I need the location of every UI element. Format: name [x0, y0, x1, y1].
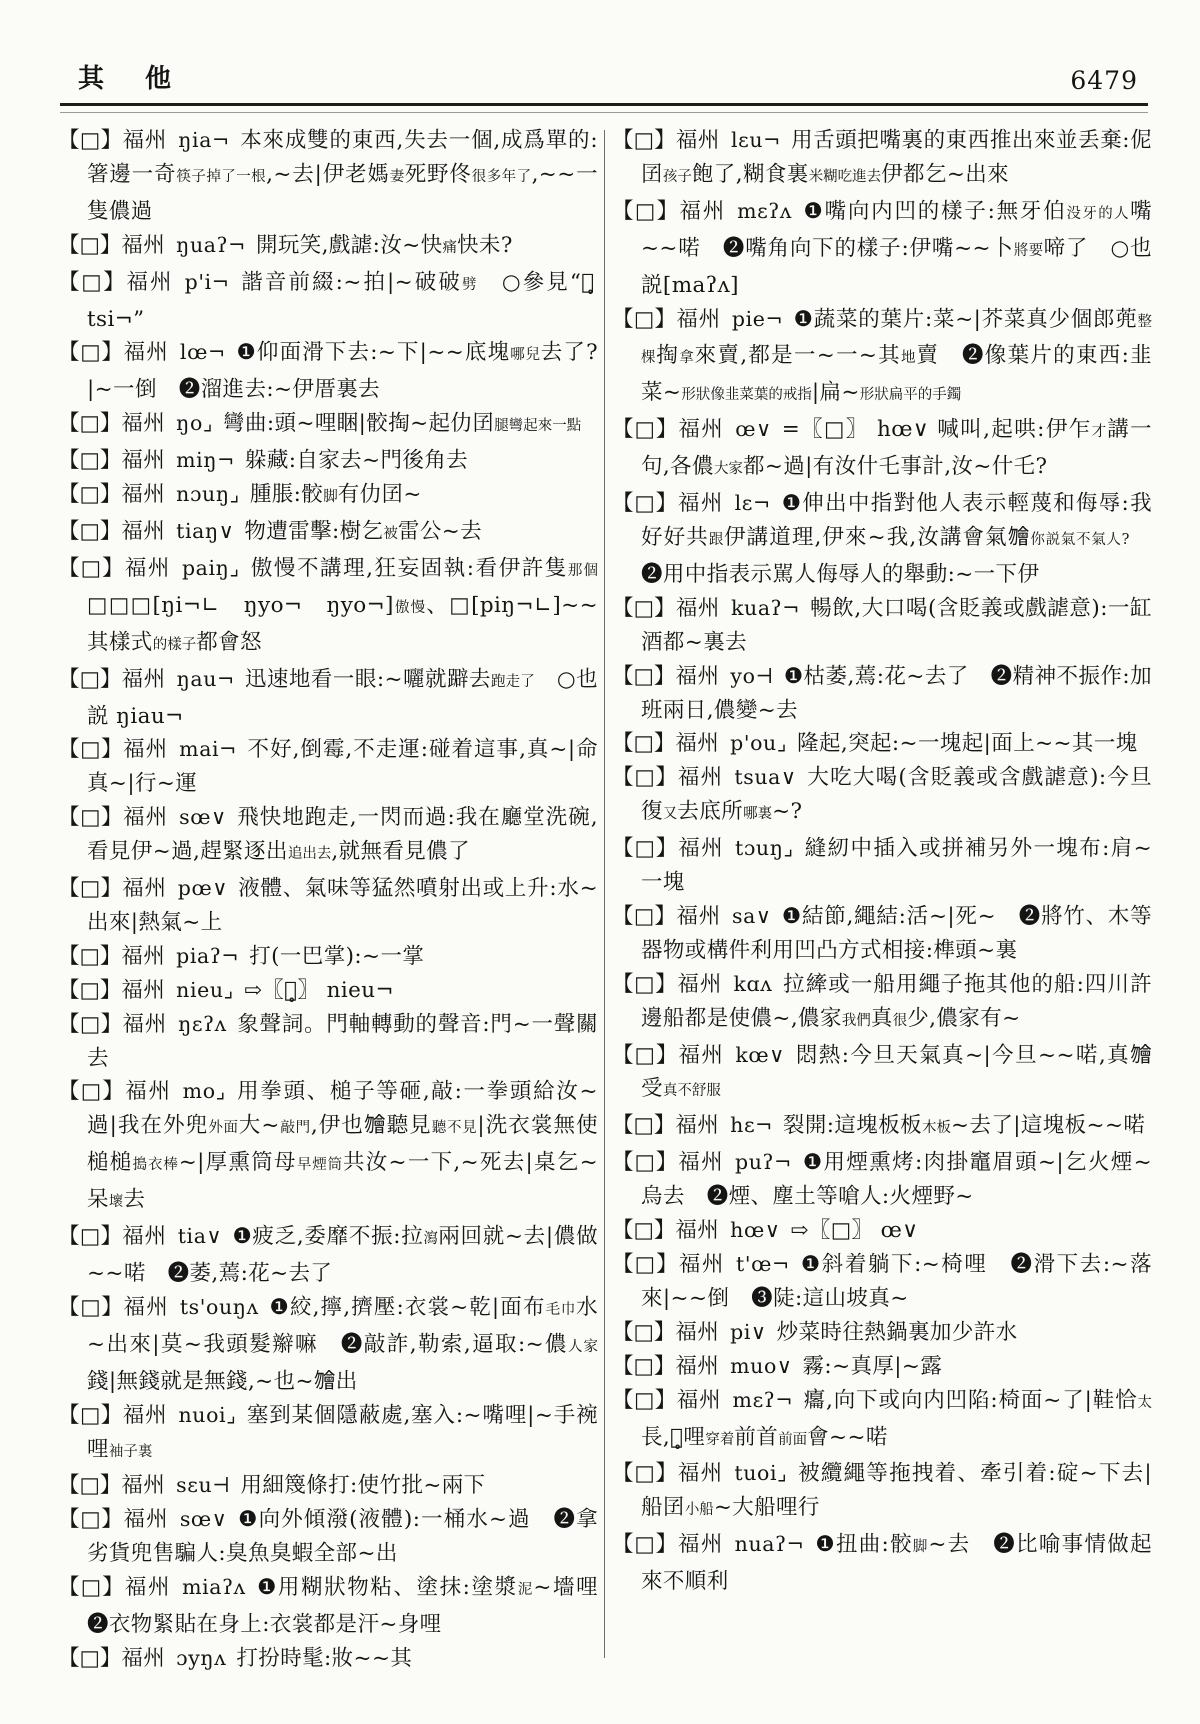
definition-text: □□□[ŋi¬∟ ŋyo¬ ŋyo¬] [87, 593, 394, 618]
definition-text: 腫脹:骹 [250, 482, 323, 507]
small-gloss: 穿着 [705, 1432, 734, 1448]
definition-text: ,伊也𣍐聽見 [311, 1113, 432, 1138]
small-gloss: 瀉 [423, 1231, 438, 1247]
headword-box: 【□】 [58, 233, 121, 258]
dictionary-entry: 【□】福州sœ∨❶向外傾潑(液體):一桶水~過 ❷拿劣貨兜售騙人:臭魚臭蝦全部~… [58, 1503, 598, 1571]
definition-text: ❶蔬菜的葉片:菜~|芥菜真少個郎蔸 [793, 307, 1137, 332]
dictionary-entry: 【□】福州hœ∨⇨〖□〗 œ∨ [612, 1214, 1152, 1248]
dialect-label: 福州 [676, 596, 720, 621]
dictionary-entry: 【□】福州mai¬不好,倒霉,不走運:碰着這事,真~|命真~|行~運 [58, 733, 598, 801]
headword-box: 【□】 [58, 1646, 121, 1671]
dictionary-entry: 【□】福州pie¬❶蔬菜的葉片:菜~|芥菜真少個郎蔸整棵掏拿來賣,都是一~一~其… [612, 303, 1152, 414]
definition-text: 炒菜時往熱鍋裏加少許水 [777, 1320, 1018, 1345]
dialect-label: 福州 [679, 199, 726, 224]
definition-text: 去 [123, 1187, 145, 1212]
definition-text: ,~去|伊老媽 [266, 162, 390, 187]
dictionary-entry: 【□】福州p'i¬諧音前綴:~拍|~破破劈 ○參見“之̥ tsi¬” [58, 266, 598, 337]
pronunciation: kɑʌ [734, 972, 773, 996]
headword-box: 【□】 [612, 1218, 675, 1243]
small-gloss: 跟 [709, 532, 724, 548]
small-gloss: 孩子 [663, 169, 692, 185]
column-left: 【□】福州ŋia¬本來成雙的東西,失去一個,成爲單的:箸邊一奇筷子掉了一根,~去… [58, 124, 598, 1698]
dictionary-entry: 【□】福州mɛʔʌ❶嘴向内凹的樣子:無牙伯没牙的人嘴~~喏 ❷嘴角向下的樣子:伊… [612, 195, 1152, 303]
dialect-label: 福州 [121, 978, 165, 1003]
headword-box: 【□】 [612, 307, 676, 332]
pronunciation: ŋo⌟ [176, 411, 213, 435]
dialect-label: 福州 [122, 1012, 167, 1037]
headword-box: 【□】 [612, 1320, 675, 1345]
pronunciation: tiaŋ∨ [176, 519, 234, 543]
small-gloss: 脚 [323, 489, 338, 505]
headword-box: 【□】 [612, 765, 678, 790]
dialect-label: 福州 [124, 340, 169, 365]
definition-text: 雷公~去 [398, 519, 482, 544]
definition-text: ,就無看見儂了 [331, 839, 470, 864]
dialect-label: 福州 [675, 731, 719, 756]
definition-text: 伊都乞~出來 [881, 162, 1009, 187]
section-title: 其 他 [78, 58, 187, 95]
headword-box: 【□】 [58, 876, 122, 901]
definition-text: 打扮時髦:妝~~其 [236, 1646, 412, 1671]
pronunciation: p'ou⌟ [730, 731, 787, 755]
definition-text: 大~ [239, 1113, 280, 1138]
small-gloss: 泥 [518, 1582, 534, 1598]
headword-box: 【□】 [612, 1043, 678, 1068]
headword-box: 【□】 [58, 411, 121, 436]
dialect-label: 福州 [122, 876, 166, 901]
small-gloss: 將要 [1014, 243, 1044, 259]
dictionary-page: 其 他 6479 【□】福州ŋia¬本來成雙的東西,失去一個,成爲單的:箸邊一奇… [0, 0, 1200, 1724]
headword-box: 【□】 [58, 805, 123, 830]
definition-text: 少,儂家有~ [907, 1006, 1020, 1031]
definition-text: ❶疲乏,委靡不振:拉 [232, 1224, 423, 1249]
small-gloss: 人家 [568, 1339, 598, 1355]
dialect-label: 福州 [675, 1354, 719, 1379]
dictionary-entry: 【□】福州ts'ouŋʌ❶絞,擰,擠壓:衣裳~乾|面布毛巾水~出來|莫~我頭髮辮… [58, 1291, 598, 1399]
small-gloss: 米糊吃進去 [809, 169, 882, 185]
pronunciation: lɛu¬ [731, 128, 781, 152]
small-gloss: 没牙的人 [1067, 206, 1131, 222]
small-gloss: 劈 [462, 277, 478, 293]
pronunciation: lɛ¬ [735, 491, 771, 515]
small-gloss: 敲門 [280, 1120, 311, 1136]
headword-box: 【□】 [58, 737, 123, 762]
dictionary-entry: 【□】福州sœ∨飛快地跑走,一閃而過:我在廳堂洗碗,看見伊~過,趕緊逐出追出去,… [58, 801, 598, 872]
definition-text: 死野佟 [405, 162, 472, 187]
dialect-label: 福州 [123, 805, 168, 830]
pronunciation: miaʔʌ [182, 1575, 246, 1599]
headword-box: 【□】 [58, 482, 121, 507]
headword-box: 【□】 [612, 1252, 679, 1277]
small-gloss: 壞 [109, 1194, 124, 1210]
dictionary-entry: 【□】福州nieu⌟⇨〖妞̥〗 nieu¬ [58, 974, 598, 1008]
definition-text: 都~過|有汝什乇事計,汝~什乇? [743, 454, 1048, 479]
dialect-label: 福州 [121, 1473, 165, 1498]
small-gloss: 的樣子 [153, 637, 197, 653]
definition-text: 用細篾條打:使竹批~兩下 [241, 1473, 486, 1498]
pronunciation: sœ∨ [180, 1507, 228, 1531]
pronunciation: nuaʔ¬ [735, 1532, 805, 1556]
small-gloss: 地 [901, 350, 916, 366]
dictionary-entry: 【□】福州kɑʌ拉縴或一船用繩子拖其他的船:四川許邊船都是使儂~,儂家我們真很少… [612, 968, 1152, 1039]
pronunciation: p'i¬ [185, 270, 230, 294]
headword-box: 【□】 [612, 664, 675, 689]
pronunciation: ŋɛʔʌ [178, 1012, 227, 1036]
definition-text: ~|厚熏筒母 [179, 1150, 297, 1175]
dialect-label: 福州 [124, 1507, 169, 1532]
dialect-label: 福州 [675, 1218, 719, 1243]
dialect-label: 福州 [675, 664, 719, 689]
small-gloss: 搗衣棒 [133, 1157, 179, 1173]
pronunciation: pie¬ [732, 307, 783, 331]
definition-text: ~去了|這塊板~~喏 [951, 1113, 1145, 1138]
small-gloss: 我們 [842, 1013, 871, 1029]
dialect-label: 福州 [678, 765, 724, 790]
dictionary-entry: 【□】福州tia∨❶疲乏,委靡不振:拉瀉兩回就~去|儂做~~喏 ❷萎,蔫:花~去… [58, 1220, 598, 1291]
definition-text: 傲慢不講理,狂妄固執:看伊許隻 [250, 556, 568, 581]
definition-text: 彎曲:頭~哩睏|骹掏~起仂囝 [223, 411, 494, 436]
definition-text: ❶扭曲:骹 [814, 1532, 912, 1557]
dictionary-entry: 【□】福州hɛ¬裂開:這塊板板木板~去了|這塊板~~喏 [612, 1109, 1152, 1146]
definition-text: ~? [772, 799, 802, 824]
definition-text: 掏 [656, 343, 679, 368]
small-gloss: 筷子掉了一根 [176, 169, 266, 185]
small-gloss: 哪裏 [743, 806, 772, 822]
headword-box: 【□】 [58, 1575, 125, 1600]
dialect-label: 福州 [678, 417, 724, 442]
dictionary-entry: 【□】福州paiŋ⌟傲慢不講理,狂妄固執:看伊許隻那個□□□[ŋi¬∟ ŋyo¬… [58, 552, 598, 663]
small-gloss: 你説氣不氣人? [1030, 532, 1129, 548]
headword-box: 【□】 [58, 556, 125, 581]
dialect-label: 福州 [125, 556, 171, 581]
dictionary-entry: 【□】福州kuaʔ¬暢飲,大口喝(含貶義或戲謔意):一缸酒都~裏去 [612, 592, 1152, 660]
dialect-label: 福州 [121, 448, 165, 473]
small-gloss: 痛 [443, 240, 458, 256]
small-gloss: 木板 [922, 1120, 951, 1136]
small-gloss: 很 [893, 1013, 908, 1029]
definition-text: 去底所 [677, 799, 743, 824]
dictionary-entry: 【□】福州ŋau¬迅速地看一眼:~囇就躃去跑走了 ○也説 ŋiau¬ [58, 663, 598, 734]
headword-box: 【□】 [58, 1012, 122, 1037]
definition-text: 諧音前綴:~拍|~破破 [240, 270, 462, 295]
headword-box: 【□】 [612, 491, 678, 516]
dictionary-entry: 【□】福州ɔyŋʌ打扮時髦:妝~~其 [58, 1642, 598, 1676]
definition-text: ~大船哩行 [714, 1495, 820, 1520]
definition-text: |扁~ [812, 380, 860, 405]
pronunciation: ŋau¬ [177, 667, 235, 691]
headword-box: 【□】 [612, 1461, 678, 1486]
headword-box: 【□】 [612, 199, 679, 224]
dialect-label: 福州 [676, 904, 721, 929]
dialect-label: 福州 [125, 1575, 171, 1600]
definition-text: 癟,向下或向内凹陷:椅面~了|鞋恰 [803, 1388, 1137, 1413]
dictionary-entry: 【□】福州tsua∨大吃大喝(含貶義或含戲謔意):今旦復又去底所哪裏~? [612, 761, 1152, 832]
small-gloss: 傲慢 [394, 600, 426, 616]
pronunciation: pi∨ [730, 1320, 766, 1344]
small-gloss: 小船 [685, 1502, 714, 1518]
dictionary-entry: 【□】福州t'œ¬❶斜着躺下:~椅哩 ❷滑下去:~落來|~~倒 ❸陡:這山坡真~ [612, 1248, 1152, 1316]
dialect-label: 福州 [123, 1403, 168, 1428]
pronunciation: muo∨ [730, 1354, 792, 1378]
small-gloss: 很多年了 [472, 169, 532, 185]
definition-text: 躲藏:自家去~門後角去 [245, 448, 468, 473]
small-gloss: 袖子裏 [109, 1444, 153, 1460]
pronunciation: miŋ¬ [176, 448, 235, 472]
definition-text: 快未? [457, 233, 513, 258]
dialect-label: 福州 [678, 491, 724, 516]
dictionary-entry: 【□】福州kœ∨悶熱:今旦天氣真~|今旦~~喏,真𣍐受真不舒服 [612, 1039, 1152, 1110]
dialect-label: 福州 [121, 1646, 165, 1671]
small-gloss: 哪兒 [510, 347, 541, 363]
dictionary-entry: 【□】福州lɛu¬用舌頭把嘴裏的東西推出來並丢棄:伲囝孩子飽了,糊食裏米糊吃進去… [612, 124, 1152, 195]
dictionary-entry: 【□】福州muo∨霧:~真厚|~露 [612, 1350, 1152, 1384]
headword-box: 【□】 [612, 1113, 675, 1138]
definition-text: 迅速地看一眼:~囇就躃去 [245, 667, 491, 692]
small-gloss: 才 [1092, 424, 1108, 440]
dictionary-entry: 【□】福州ŋuaʔ¬開玩笑,戲謔:汝~快痛快未? [58, 229, 598, 266]
pronunciation: t'œ¬ [736, 1252, 790, 1276]
header-rule [60, 103, 1148, 113]
headword-box: 【□】 [58, 1079, 125, 1104]
small-gloss: 早煙筒 [297, 1157, 343, 1173]
headword-box: 【□】 [58, 1295, 124, 1320]
small-gloss: 腿彎起來一點 [494, 418, 581, 434]
definition-text: 會~~喏 [807, 1425, 888, 1450]
small-gloss: 聽不見 [432, 1120, 478, 1136]
headword-box: 【□】 [58, 448, 121, 473]
definition-text: 物遭雷擊:樹乞 [244, 519, 383, 544]
small-gloss: 追出去 [288, 846, 332, 862]
pronunciation: ŋia¬ [178, 128, 230, 152]
pronunciation: piaʔ¬ [176, 944, 239, 968]
dictionary-entry: 【□】福州lɛ¬❶伸出中指對他人表示輕蔑和侮辱:我好好共跟伊講道理,伊來~我,汝… [612, 487, 1152, 592]
dictionary-entry: 【□】福州nɔuŋ⌟腫脹:骹脚有仂囝~ [58, 478, 598, 515]
dictionary-entry: 【□】福州lœ¬❶仰面滑下去:~下|~~底塊哪兒去了?|~一倒 ❷溜進去:~伊厝… [58, 336, 598, 407]
headword-box: 【□】 [612, 972, 677, 997]
dialect-label: 福州 [122, 1224, 166, 1249]
dictionary-entry: 【□】福州miaʔʌ❶用糊狀物粘、塗抹:塗漿泥~墻哩 ❷衣物緊貼在身上:衣裳都是… [58, 1571, 598, 1642]
definition-text: =〖□〗 hœ∨ 喊叫,起哄:伊乍 [782, 417, 1092, 442]
headword-box: 【□】 [612, 904, 676, 929]
definition-text: 長,頌̥哩 [641, 1425, 705, 1450]
pronunciation: mɛʔʌ [737, 199, 792, 223]
small-gloss: 脚 [913, 1539, 928, 1555]
headword-box: 【□】 [612, 731, 675, 756]
dialect-label: 福州 [676, 307, 721, 332]
pronunciation: hœ∨ [730, 1218, 780, 1242]
dictionary-entry: 【□】福州pœ∨液體、氣味等猛然噴射出或上升:水~出來|熱氣~上 [58, 872, 598, 940]
dialect-label: 福州 [121, 233, 165, 258]
dialect-label: 福州 [123, 737, 168, 762]
small-gloss: 形狀像韭菜葉的戒指 [681, 387, 812, 403]
small-gloss: 大家 [714, 461, 743, 477]
pronunciation: ɔyŋʌ [176, 1646, 226, 1670]
small-gloss: 被 [383, 526, 398, 542]
dictionary-entry: 【□】福州tuoi⌟被纜繩等拖拽着、牽引着:碇~下去|船囝小船~大船哩行 [612, 1457, 1152, 1528]
headword-box: 【□】 [612, 1354, 675, 1379]
headword-box: 【□】 [58, 1473, 121, 1498]
small-gloss: 形狀扁平的手鐲 [860, 387, 962, 403]
dialect-label: 福州 [124, 1295, 169, 1320]
dialect-label: 福州 [123, 128, 168, 153]
dialect-label: 福州 [678, 1461, 724, 1486]
pronunciation: hɛ¬ [730, 1113, 773, 1137]
dialect-label: 福州 [677, 972, 722, 997]
headword-box: 【□】 [612, 1388, 677, 1413]
pronunciation: nuoi⌟ [178, 1403, 236, 1427]
headword-box: 【□】 [612, 596, 676, 621]
dictionary-entry: 【□】福州ŋo⌟彎曲:頭~哩睏|骹掏~起仂囝腿彎起來一點 [58, 407, 598, 444]
dictionary-entry: 【□】福州yo⊣❶枯萎,蔫:花~去了 ❷精神不振作:加班兩日,儂變~去 [612, 660, 1152, 728]
definition-text: 真 [871, 1006, 893, 1031]
dictionary-entry: 【□】福州nuaʔ¬❶扭曲:骹脚~去 ❷比喻事情做起來不順利 [612, 1528, 1152, 1599]
headword-box: 【□】 [612, 1532, 678, 1557]
small-gloss: 前面 [778, 1432, 807, 1448]
headword-box: 【□】 [58, 340, 124, 365]
dictionary-entry: 【□】福州pi∨炒菜時往熱鍋裏加少許水 [612, 1316, 1152, 1350]
text-columns: 【□】福州ŋia¬本來成雙的東西,失去一個,成爲單的:箸邊一奇筷子掉了一根,~去… [58, 124, 1156, 1698]
pronunciation: nɔuŋ⌟ [176, 482, 240, 506]
definition-text: ❶絞,擰,擠壓:衣裳~乾|面布 [269, 1295, 546, 1320]
definition-text: 隆起,突起:~一塊起|面上~~其一塊 [797, 731, 1138, 756]
small-gloss: 拿 [679, 350, 694, 366]
headword-box: 【□】 [58, 128, 123, 153]
dictionary-entry: 【□】福州ŋɛʔʌ象聲詞。門軸轉動的聲音:門~一聲關去 [58, 1008, 598, 1076]
headword-box: 【□】 [58, 270, 126, 295]
pronunciation: œ∨ [735, 417, 771, 441]
pronunciation: paiŋ⌟ [182, 556, 240, 580]
dialect-label: 福州 [678, 1043, 724, 1068]
definition-text: 霧:~真厚|~露 [803, 1354, 943, 1379]
small-gloss: 太 [1137, 1395, 1152, 1411]
small-gloss: 跑走了 [491, 674, 535, 690]
page-number: 6479 [1070, 66, 1138, 95]
definition-text: 來賣,都是一~一~其 [695, 343, 901, 368]
headword-box: 【□】 [612, 417, 678, 442]
page-header: 其 他 6479 [78, 58, 1138, 95]
dialect-label: 福州 [676, 128, 720, 153]
dictionary-entry: 【□】福州miŋ¬躲藏:自家去~門後角去 [58, 444, 598, 478]
small-gloss: 真不舒服 [663, 1083, 721, 1099]
pronunciation: sɛu⊣ [176, 1473, 230, 1497]
dictionary-entry: 【□】福州mɛʔ¬癟,向下或向内凹陷:椅面~了|鞋恰太長,頌̥哩穿着前首前面會~… [612, 1384, 1152, 1458]
dictionary-entry: 【□】福州sɛu⊣用細篾條打:使竹批~兩下 [58, 1469, 598, 1503]
pronunciation: tuoi⌟ [734, 1461, 787, 1485]
headword-box: 【□】 [58, 1403, 123, 1428]
dictionary-entry: 【□】福州ŋia¬本來成雙的東西,失去一個,成爲單的:箸邊一奇筷子掉了一根,~去… [58, 124, 598, 229]
pronunciation: nieu⌟ [176, 978, 234, 1002]
pronunciation: puʔ¬ [735, 1150, 792, 1174]
definition-text: 有仂囝~ [338, 482, 422, 507]
definition-text: 裂開:這塊板板 [783, 1113, 922, 1138]
small-gloss: 毛巾 [546, 1302, 576, 1318]
dictionary-entry: 【□】福州puʔ¬❶用煙熏烤:肉掛竈眉頭~|乞火煙~烏去 ❷煙、塵土等嗆人:火煙… [612, 1146, 1152, 1214]
dictionary-entry: 【□】福州œ∨=〖□〗 hœ∨ 喊叫,起哄:伊乍才講一句,各儂大家都~過|有汝什… [612, 413, 1152, 487]
headword-box: 【□】 [612, 128, 676, 153]
dialect-label: 福州 [121, 411, 165, 436]
dialect-label: 福州 [677, 1388, 722, 1413]
headword-box: 【□】 [58, 519, 121, 544]
definition-text: 打(一巴掌):~一掌 [249, 944, 424, 969]
dialect-label: 福州 [126, 270, 173, 295]
definition-text: 伊講道理,伊來~我,汝講會氣𣍐 [724, 525, 1030, 550]
small-gloss: 妻 [390, 169, 405, 185]
small-gloss: 外面 [208, 1120, 238, 1136]
small-gloss: 又 [663, 806, 678, 822]
small-gloss: 那個 [568, 563, 598, 579]
pronunciation: mo⌟ [183, 1079, 226, 1103]
dialect-label: 福州 [121, 482, 165, 507]
dialect-label: 福州 [678, 1150, 724, 1175]
definition-text: ❶仰面滑下去:~下|~~底塊 [236, 340, 511, 365]
pronunciation: lœ¬ [180, 340, 226, 364]
dialect-label: 福州 [675, 1113, 719, 1138]
headword-box: 【□】 [58, 978, 121, 1003]
dialect-label: 福州 [675, 1320, 719, 1345]
definition-text: 飽了,糊食裏 [692, 162, 809, 187]
pronunciation: sa∨ [732, 904, 772, 928]
definition-text: 錢|無錢就是無錢,~也~𣍐出 [87, 1369, 358, 1394]
headword-box: 【□】 [58, 944, 121, 969]
dialect-label: 福州 [121, 944, 165, 969]
pronunciation: sœ∨ [179, 805, 227, 829]
column-divider [604, 130, 605, 1658]
pronunciation: kuaʔ¬ [731, 596, 800, 620]
dictionary-entry: 【□】福州nuoi⌟塞到某個隱蔽處,塞入:~嘴哩|~手䘼哩袖子裏 [58, 1399, 598, 1470]
dictionary-entry: 【□】福州piaʔ¬打(一巴掌):~一掌 [58, 940, 598, 974]
dialect-label: 福州 [125, 1079, 171, 1104]
definition-text: ❶嘴向内凹的樣子:無牙伯 [802, 199, 1066, 224]
headword-box: 【□】 [612, 1150, 678, 1175]
definition-text: 開玩笑,戲謔:汝~快 [256, 233, 443, 258]
pronunciation: ŋuaʔ¬ [176, 233, 246, 257]
column-right: 【□】福州lɛu¬用舌頭把嘴裏的東西推出來並丢棄:伲囝孩子飽了,糊食裏米糊吃進去… [612, 124, 1152, 1698]
dictionary-entry: 【□】福州p'ou⌟隆起,突起:~一塊起|面上~~其一塊 [612, 727, 1152, 761]
definition-text: 前首 [734, 1425, 778, 1450]
dictionary-entry: 【□】福州tiaŋ∨物遭雷擊:樹乞被雷公~去 [58, 515, 598, 552]
definition-text: ⇨〖□〗 œ∨ [790, 1218, 918, 1243]
pronunciation: tia∨ [178, 1224, 222, 1248]
headword-box: 【□】 [58, 1507, 124, 1532]
pronunciation: kœ∨ [735, 1043, 785, 1067]
pronunciation: pœ∨ [178, 876, 228, 900]
headword-box: 【□】 [612, 836, 678, 861]
pronunciation: mai¬ [179, 737, 237, 761]
dialect-label: 福州 [122, 667, 166, 692]
pronunciation: tsua∨ [734, 765, 796, 789]
dictionary-entry: 【□】福州mo⌟用拳頭、槌子等砸,敲:一拳頭給汝~過|我在外兜外面大~敲門,伊也… [58, 1075, 598, 1220]
pronunciation: ts'ouŋʌ [180, 1295, 259, 1319]
definition-text: ⇨〖妞̥〗 nieu¬ [244, 978, 394, 1003]
pronunciation: tɔuŋ⌟ [735, 836, 794, 860]
pronunciation: mɛʔ¬ [733, 1388, 794, 1412]
definition-text: ❶用糊狀物粘、塗抹:塗漿 [256, 1575, 518, 1600]
definition-text: 都會怒 [196, 630, 262, 655]
dictionary-entry: 【□】福州tɔuŋ⌟縫紉中插入或拼補另外一塊布:肩~一塊 [612, 832, 1152, 900]
dialect-label: 福州 [679, 1252, 725, 1277]
headword-box: 【□】 [58, 667, 122, 692]
dialect-label: 福州 [121, 519, 165, 544]
dialect-label: 福州 [678, 1532, 724, 1557]
dialect-label: 福州 [678, 836, 724, 861]
headword-box: 【□】 [58, 1224, 122, 1249]
pronunciation: yo⊣ [730, 664, 773, 688]
dictionary-entry: 【□】福州sa∨❶結節,繩結:活~|死~ ❷將竹、木等器物或構件利用凹凸方式相接… [612, 900, 1152, 968]
